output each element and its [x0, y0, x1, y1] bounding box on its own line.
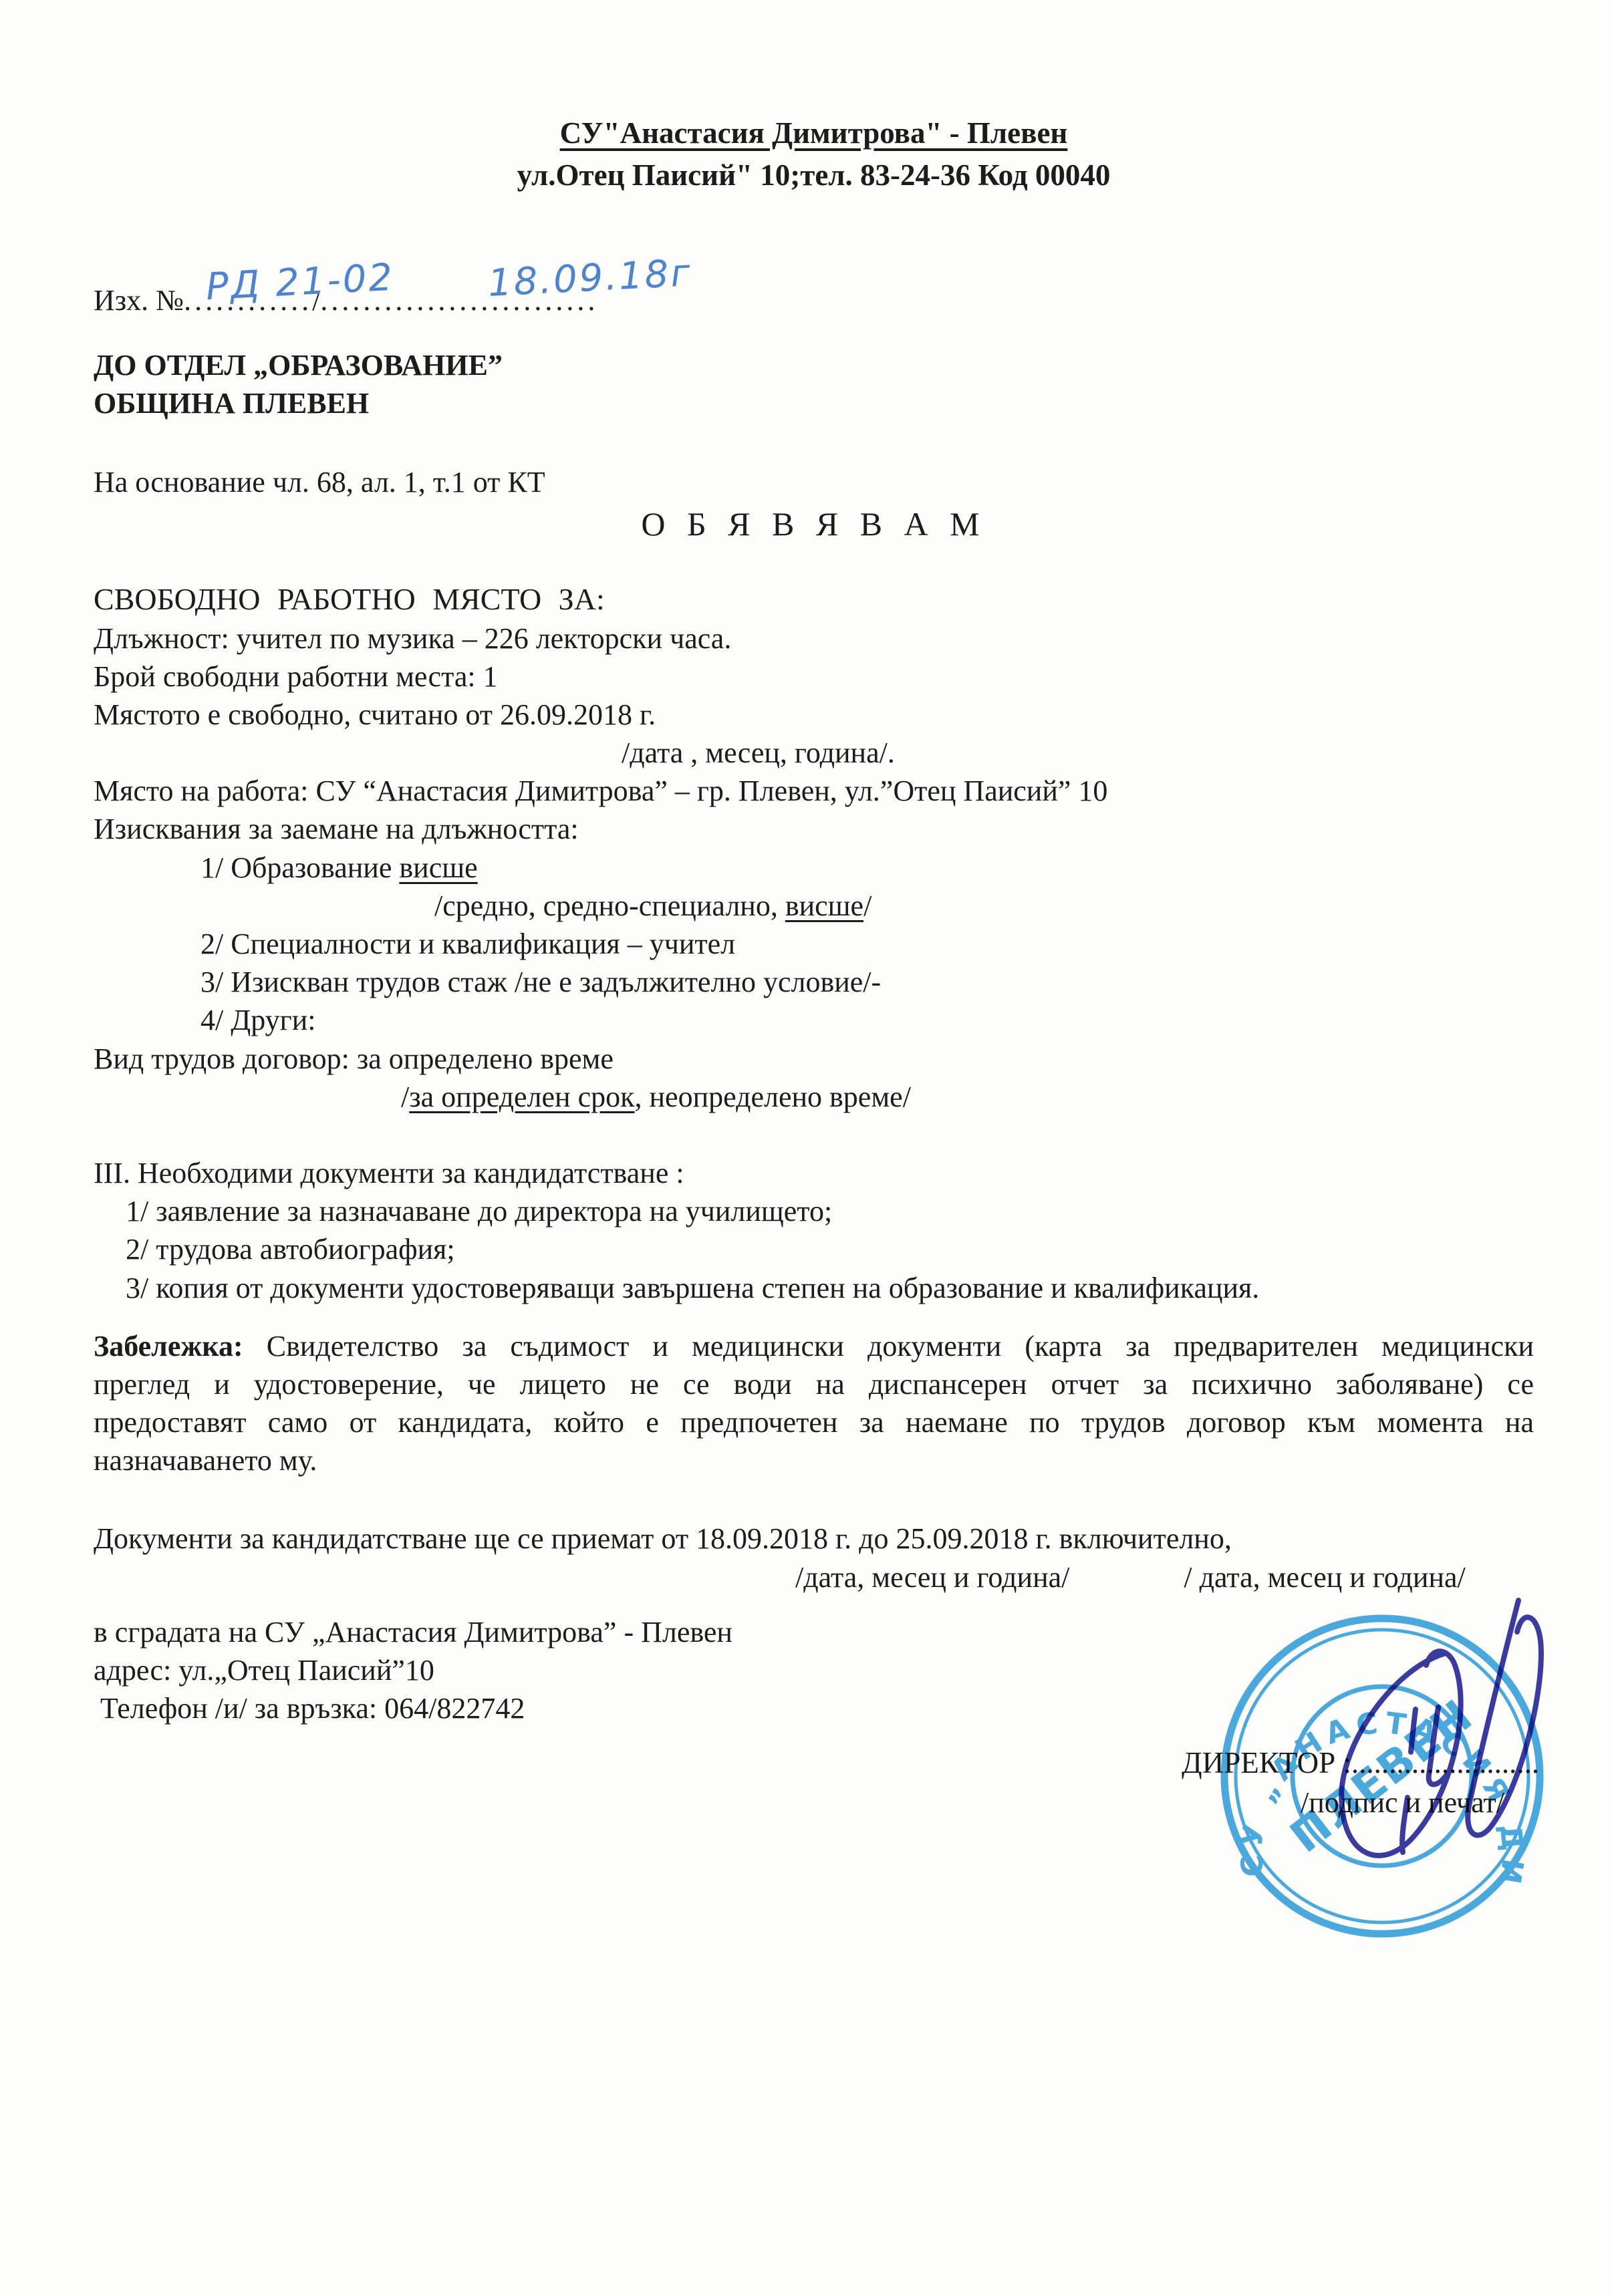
position-line: Длъжност: учител по музика – 226 лекторс… [94, 619, 1534, 658]
requirement-4: 4/ Други: [200, 1001, 1534, 1039]
ref-label: Изх. № [94, 284, 184, 317]
contract-options-note: /за определен срок, неопределено време/ [401, 1078, 1534, 1116]
requirement-1-value: висше [399, 851, 477, 884]
header-line-1: СУ"Анастасия Димитрова" - Плевен [94, 114, 1534, 153]
scanned-document-page: СУ"Анастасия Димитрова" - Плевен ул.Отец… [0, 0, 1610, 2296]
legal-basis-line: На основание чл. 68, ал. 1, т.1 от КТ [94, 463, 1534, 501]
requirement-1-label: 1/ Образование [200, 851, 399, 884]
signature-stroke [1468, 1600, 1541, 1835]
requirement-2: 2/ Специалности и квалификация – учител [200, 925, 1534, 963]
addressee-line-1: ДО ОТДЕЛ „ОБРАЗОВАНИЕ” [94, 346, 1534, 384]
workplace-line: Място на работа: СУ “Анастасия Димитрова… [94, 772, 1534, 810]
vacancy-heading: СВОБОДНО РАБОТНО МЯСТО ЗА: [94, 579, 1534, 619]
submission-date-note-1: /дата, месец и година/ [795, 1558, 1069, 1596]
free-from-line: Мястото е свободно, считано от 26.09.201… [94, 696, 1534, 734]
contract-options-pre: / [401, 1081, 409, 1113]
addressee-line-2: ОБЩИНА ПЛЕВЕН [94, 384, 1534, 422]
document-item-3: 3/ копия от документи удостоверяващи зав… [126, 1269, 1534, 1307]
note-line-4: назначаването му. [94, 1441, 1534, 1479]
note-line-3: предоставят само от кандидата, който е п… [94, 1403, 1534, 1441]
document-item-1: 1/ заявление за назначаване до директора… [126, 1192, 1534, 1230]
requirement-1: 1/ Образование висше [200, 849, 1534, 887]
contract-options-underlined: за определен срок [409, 1081, 634, 1113]
announcement-title: О Б Я В Я В А М [94, 503, 1534, 546]
contract-type-line: Вид трудов договор: за определено време [94, 1040, 1534, 1078]
ref-number-line: Изх. №............/.....................… [94, 281, 1534, 319]
note-line-1-text: Свидетелство за съдимост и медицински до… [243, 1330, 1534, 1362]
note-label: Забележка: [94, 1330, 243, 1362]
requirement-3: 3/ Изискван трудов стаж /не е задължител… [200, 963, 1534, 1001]
requirements-heading: Изисквания за заемане на длъжността: [94, 810, 1534, 848]
note-line-1: Забележка: Свидетелство за съдимост и ме… [94, 1327, 1534, 1365]
signature-stroke [1411, 1709, 1416, 1752]
education-options-underlined: висше [785, 889, 863, 922]
header-line-2: ул.Отец Паисий" 10;тел. 83-24-36 Код 000… [94, 156, 1534, 195]
signature-stroke [1429, 1707, 1450, 1784]
required-documents-section: III. Необходими документи за кандидатств… [94, 1154, 1534, 1307]
education-options-post: / [863, 889, 871, 922]
school-name-title: СУ"Анастасия Димитрова" - Плевен [560, 116, 1068, 150]
date-format-note: /дата , месец, година/. [622, 734, 1534, 772]
handwritten-ref-date: 18.09.18г [487, 249, 693, 309]
submission-period-line: Документи за кандидатстване ще се приема… [94, 1520, 1534, 1558]
addressee-block: ДО ОТДЕЛ „ОБРАЗОВАНИЕ” ОБЩИНА ПЛЕВЕН [94, 346, 1534, 422]
handwritten-ref-number: РД 21-02 [205, 254, 395, 312]
document-item-2: 2/ трудова автобиография; [126, 1230, 1534, 1268]
note-line-2: преглед и удостоверение, че лицето не се… [94, 1365, 1534, 1403]
director-signature [1256, 1577, 1604, 1924]
document-content: СУ"Анастасия Димитрова" - Плевен ул.Отец… [94, 114, 1534, 1727]
education-options-note: /средно, средно-специално, висше/ [434, 887, 1534, 925]
vacancy-count-line: Брой свободни работни места: 1 [94, 658, 1534, 696]
note-paragraph: Забележка: Свидетелство за съдимост и ме… [94, 1327, 1534, 1480]
documents-heading: III. Необходими документи за кандидатств… [94, 1154, 1534, 1192]
contract-options-post: , неопределено време/ [635, 1081, 911, 1113]
education-options-pre: /средно, средно-специално, [434, 889, 785, 922]
